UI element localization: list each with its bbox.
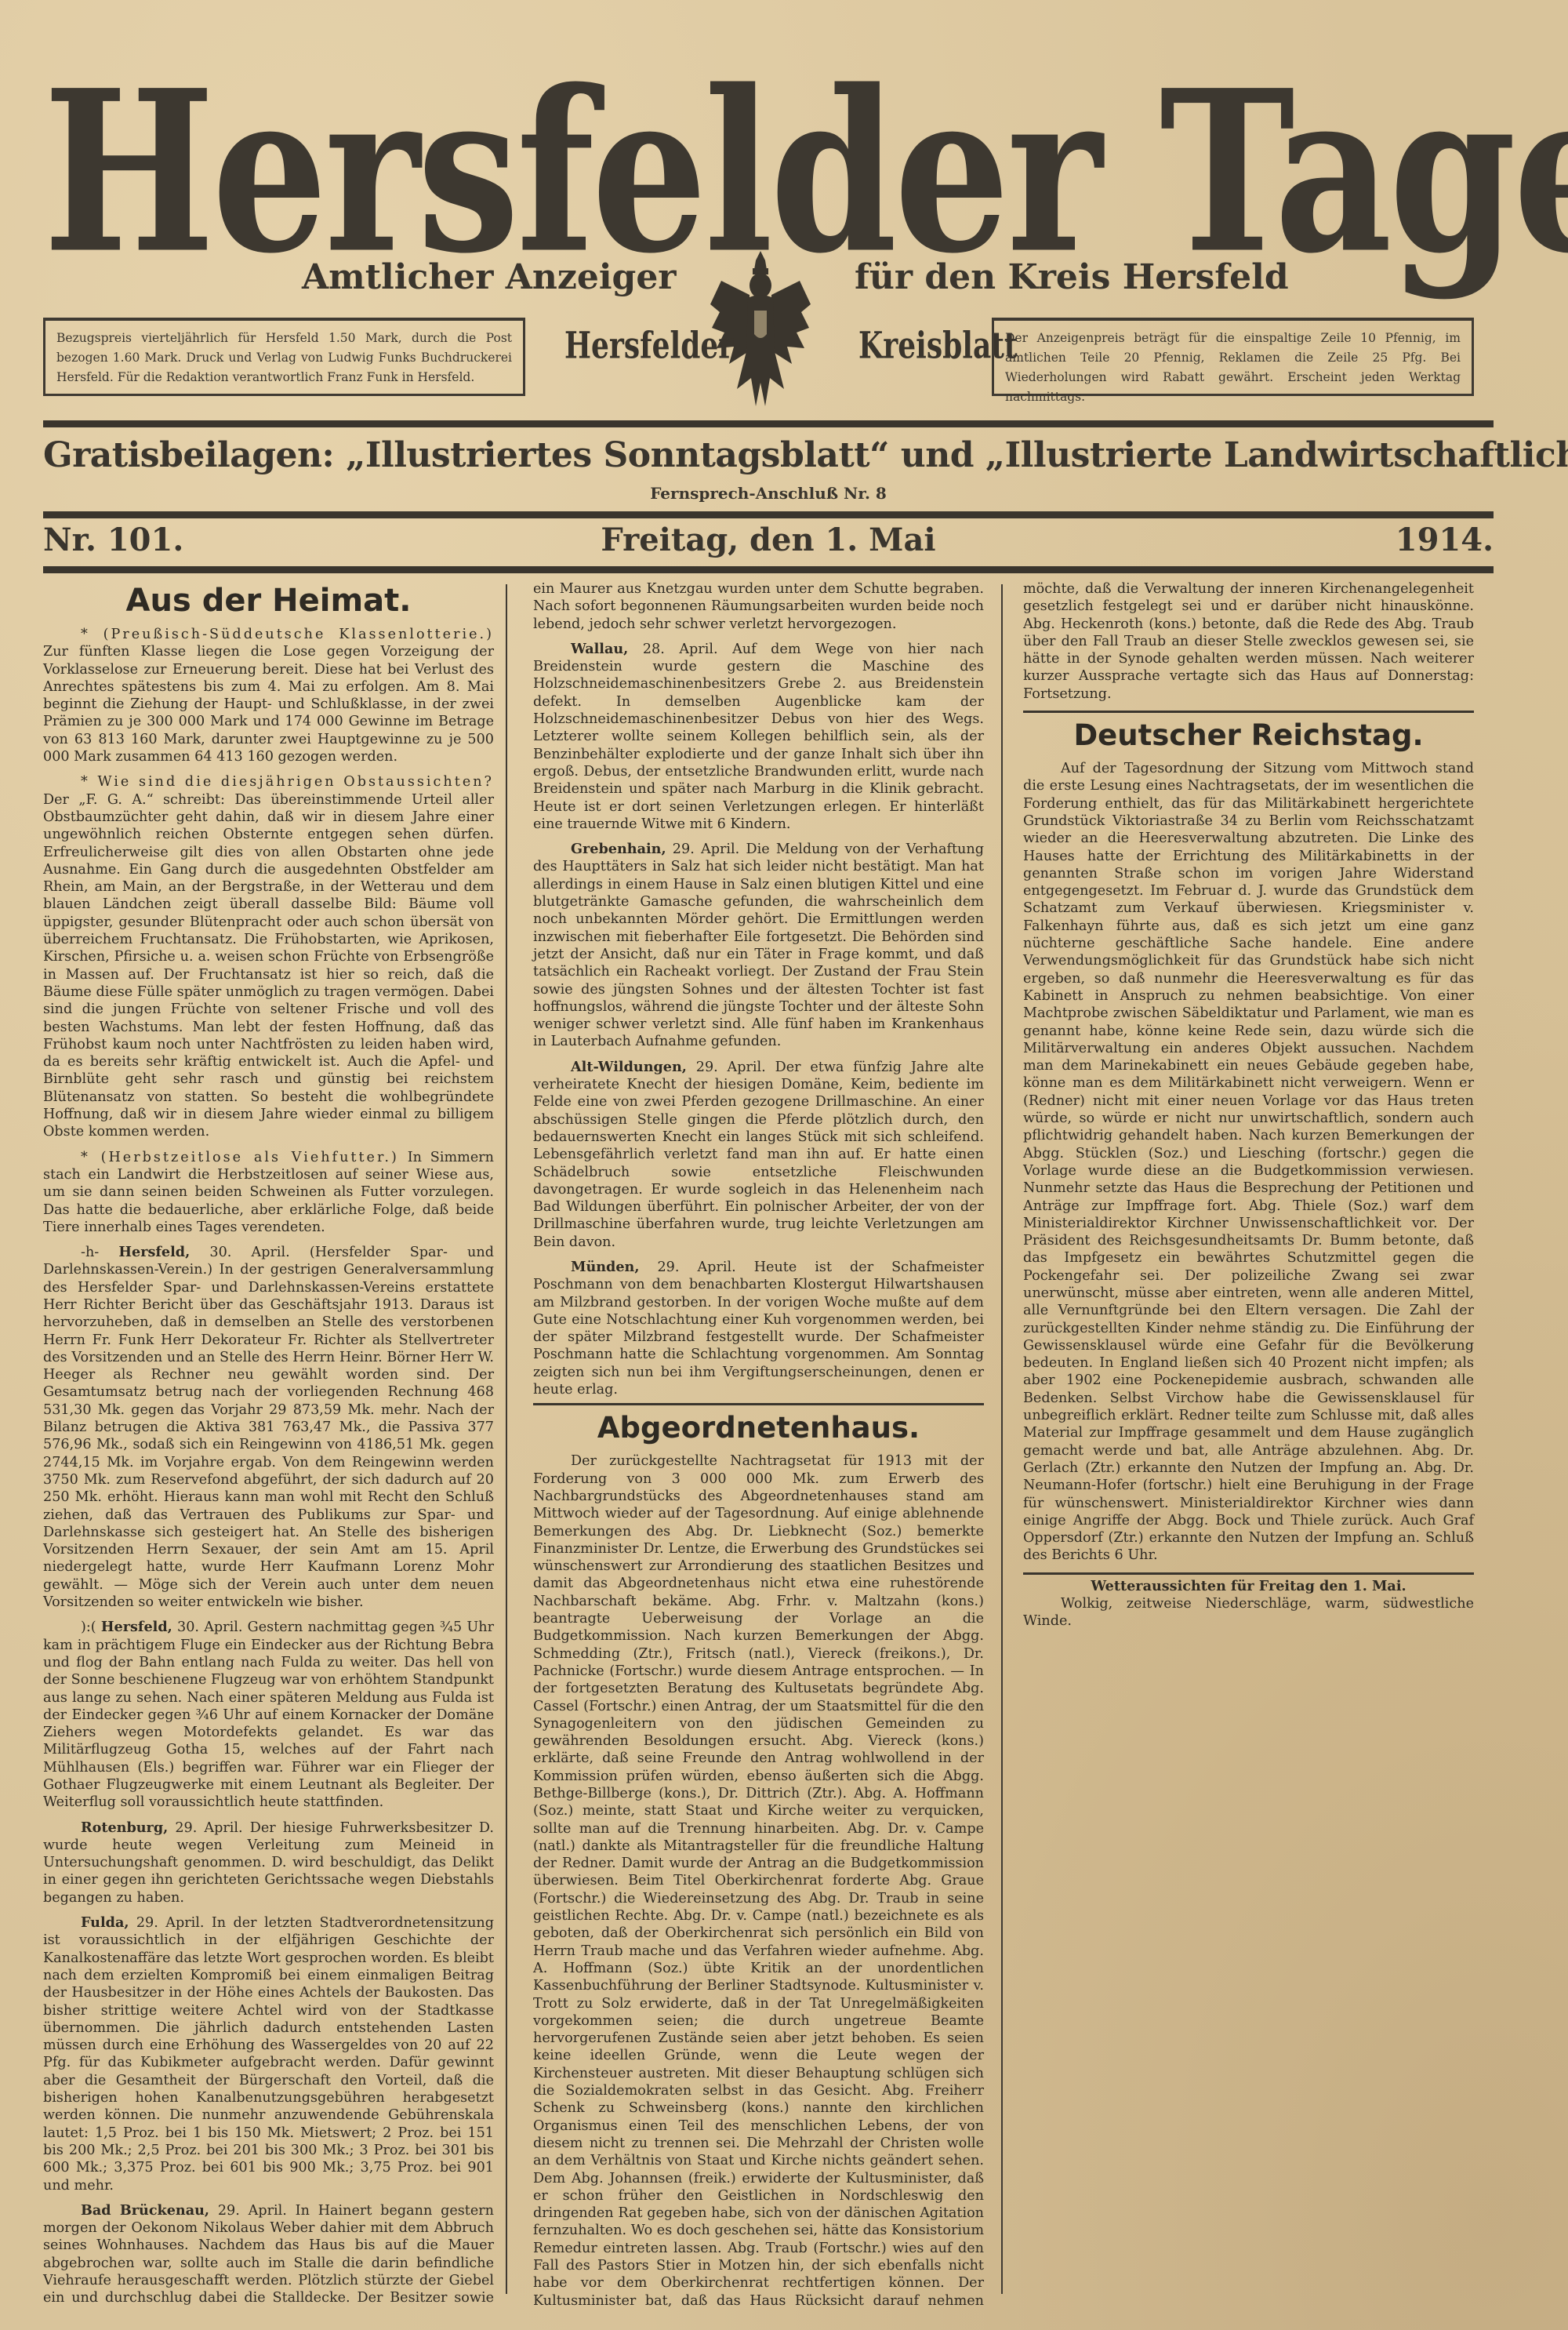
issue-line: Freitag, den 1. Mai Nr. 101. 1914. — [43, 522, 1494, 561]
advertising-info-box: Der Anzeigenpreis beträgt für die einspa… — [992, 318, 1474, 396]
supplements-line: Gratisbeilagen: „Illustriertes Sonntagsb… — [43, 435, 1494, 475]
news-article: * (Herbstzeitlose als Viehfutter.) In Si… — [43, 1149, 494, 1236]
news-article: ):( Hersfeld, 30. April. Gestern nachmit… — [43, 1619, 494, 1811]
section-rule — [1023, 711, 1474, 713]
masthead-rule — [43, 420, 1494, 427]
article-lead: * (Herbstzeitlose als Viehfutter.) — [81, 1150, 399, 1165]
news-article: Münden, 29. April. Heute ist der Schafme… — [533, 1259, 984, 1398]
article-dateline: Grebenhain, — [571, 841, 666, 857]
subtitle-left: Amtlicher Anzeiger — [302, 257, 677, 297]
news-article: Grebenhain, 29. April. Die Meldung von d… — [533, 841, 984, 1051]
article-lead: * Wie sind die diesjährigen Obstaussicht… — [81, 774, 494, 790]
section-rule — [533, 1403, 984, 1405]
masthead-rule — [43, 511, 1494, 518]
newspaper-page: Hersfelder Tageblatt Amtlicher Anzeiger … — [43, 0, 1494, 2330]
weather-title: Wetteraussichten für Freitag den 1. Mai. — [1023, 1578, 1474, 1595]
issue-year: 1914. — [1396, 522, 1494, 558]
article-dateline: Hersfeld, — [118, 1244, 190, 1260]
phone-line: Fernsprech-Anschluß Nr. 8 — [43, 484, 1494, 503]
article-dateline: Fulda, — [81, 1914, 129, 1931]
issue-number: Nr. 101. — [43, 522, 183, 558]
article-dateline: Wallau, — [571, 641, 628, 657]
section-title-abgeordnetenhaus: Abgeordnetenhaus. — [533, 1409, 984, 1448]
section-rule — [1023, 1572, 1474, 1575]
news-article: Fulda, 29. April. In der letzten Stadtve… — [43, 1914, 494, 2194]
emblem-label-left: Hersfelder — [564, 325, 733, 368]
article-dateline: Bad Brückenau, — [81, 2202, 209, 2219]
article-dateline: Alt-Wildungen, — [571, 1059, 687, 1075]
article-lead: * (Preußisch-Süddeutsche Klassenlotterie… — [81, 627, 494, 642]
reichstag-report: Auf der Tagesordnung der Sitzung vom Mit… — [1023, 760, 1474, 1565]
section-title-heimat: Aus der Heimat. — [43, 580, 494, 621]
news-article: -h- Hersfeld, 30. April. (Hersfelder Spa… — [43, 1244, 494, 1611]
news-article: Alt-Wildungen, 29. April. Der etwa fünfz… — [533, 1059, 984, 1251]
section-title-reichstag: Deutscher Reichstag. — [1023, 716, 1474, 755]
news-article: * (Preußisch-Süddeutsche Klassenlotterie… — [43, 626, 494, 765]
article-dateline: Münden, — [571, 1259, 639, 1275]
issue-date: Freitag, den 1. Mai — [43, 522, 1494, 558]
weather-forecast: Wolkig, zeitweise Niederschläge, warm, s… — [1023, 1595, 1474, 1630]
news-article: Rotenburg, 29. April. Der hiesige Fuhrwe… — [43, 1819, 494, 1907]
article-dateline: Hersfeld, — [101, 1619, 172, 1635]
masthead-rule — [43, 566, 1494, 573]
news-article: * Wie sind die diesjährigen Obstaussicht… — [43, 773, 494, 1140]
subscription-info-box: Bezugspreis vierteljährlich für Hersfeld… — [43, 318, 525, 396]
subtitle-right: für den Kreis Hersfeld — [855, 257, 1289, 297]
news-article: Wallau, 28. April. Auf dem Wege von hier… — [533, 641, 984, 833]
article-dateline: Rotenburg, — [81, 1819, 168, 1836]
article-columns: Aus der Heimat. * (Preußisch-Süddeutsche… — [43, 580, 1474, 2310]
